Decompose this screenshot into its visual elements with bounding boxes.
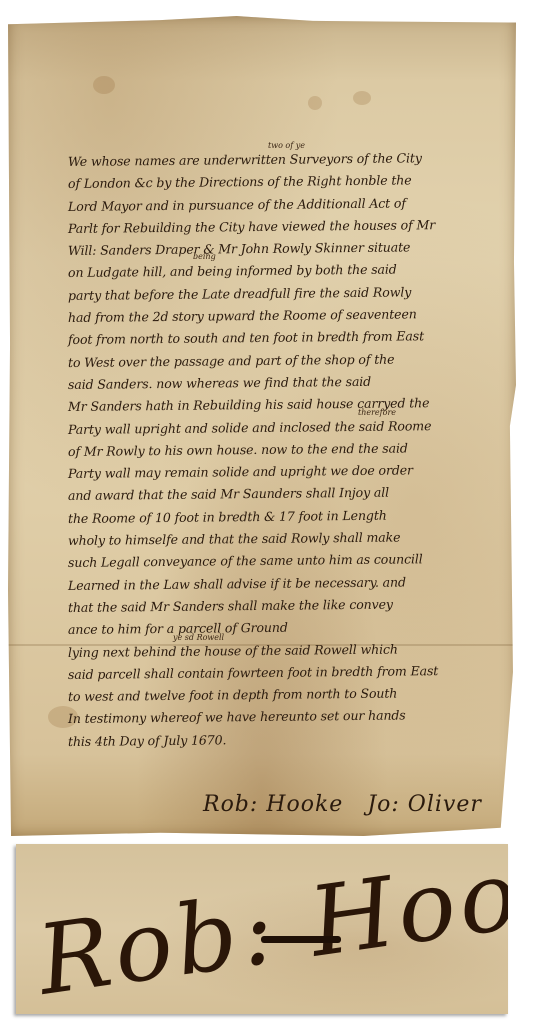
interlinear-insertion: therefore <box>358 408 396 417</box>
signature-ink-stroke <box>261 936 341 943</box>
signature-closeup-inset: Rob: Hooke <box>16 844 508 1014</box>
signature-hooke: Rob: Hooke <box>203 792 343 817</box>
interlinear-insertion: being <box>193 252 216 261</box>
interlinear-insertion: two of ye <box>268 141 305 150</box>
paper-stain <box>308 96 322 110</box>
manuscript-text: We whose names are underwritten Surveyor… <box>68 151 508 753</box>
signature-block: Rob: Hooke Jo: Oliver <box>203 792 482 817</box>
paper-stain <box>353 91 371 105</box>
paper-stain <box>93 76 115 94</box>
interlinear-insertion: ye sd Rowell <box>173 633 224 642</box>
text-line: this 4th Day of July 1670. <box>68 726 508 753</box>
signature-closeup: Rob: Hooke <box>31 844 508 1014</box>
manuscript-page: We whose names are underwritten Surveyor… <box>8 16 516 836</box>
signature-oliver: Jo: Oliver <box>367 792 482 817</box>
